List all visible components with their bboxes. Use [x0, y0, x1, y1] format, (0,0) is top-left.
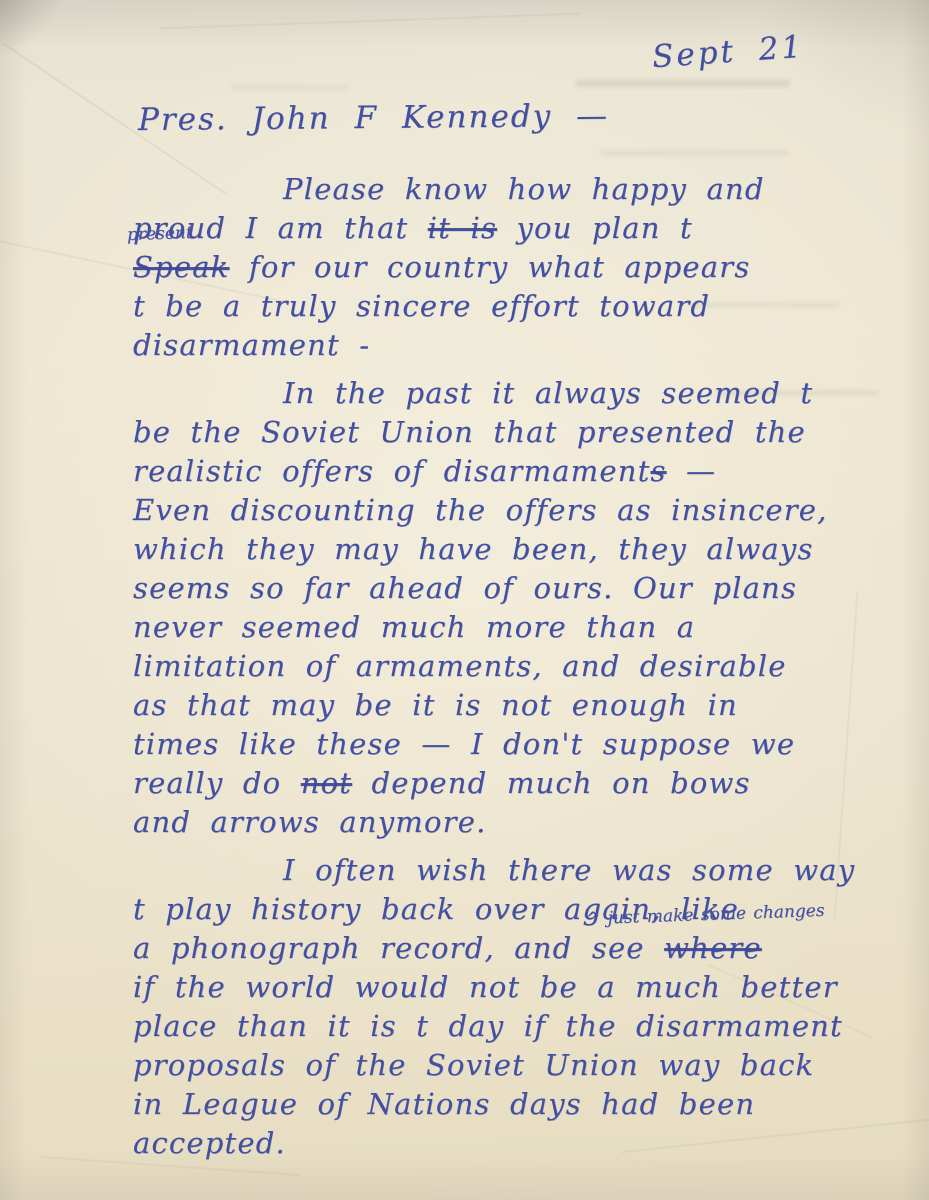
handwritten-text: —	[667, 454, 717, 488]
letter-salutation: Pres. John F Kennedy —	[138, 98, 609, 138]
handwritten-line: really do not depend much on bows	[133, 764, 915, 803]
handwritten-line: proud I am that it is you plan t	[133, 209, 915, 248]
handwritten-line: Please know how happy and	[133, 170, 915, 209]
handwritten-text: disarmament -	[133, 328, 370, 362]
handwritten-line: proposals of the Soviet Union way back	[133, 1046, 915, 1085]
letter-photo: Sept 21 Pres. John F Kennedy — Please kn…	[0, 0, 929, 1200]
handwritten-text: as that may be it is not enough in	[133, 688, 738, 722]
handwritten-line: as that may be it is not enough in	[133, 686, 915, 725]
handwritten-text: realistic offers of disarmament	[133, 454, 650, 488]
handwritten-text: Even discounting the offers as insincere…	[133, 493, 828, 527]
handwritten-text: limitation of armaments, and desirable	[133, 649, 787, 683]
handwritten-text: I often wish there was some way	[283, 853, 855, 887]
handwritten-line: which they may have been, they always	[133, 530, 915, 569]
handwritten-text: if the world would not be a much better	[133, 970, 838, 1004]
handwritten-line: place than it is t day if the disarmamen…	[133, 1007, 915, 1046]
handwritten-line: never seemed much more than a	[133, 608, 915, 647]
struck-text: Speakpresent	[133, 250, 229, 284]
handwritten-text: you plan t	[497, 211, 693, 245]
inserted-text-above: present	[127, 225, 193, 244]
handwritten-line: realistic offers of disarmaments —	[133, 452, 915, 491]
handwritten-text: for our country what appears	[229, 250, 750, 284]
handwritten-text: never seemed much more than a	[133, 610, 695, 644]
struck-text: it is	[428, 211, 497, 245]
handwritten-text: Please know how happy and	[283, 172, 765, 206]
handwritten-text: t be a truly sincere effort toward	[133, 289, 710, 323]
paragraph: Please know how happy andproud I am that…	[133, 170, 915, 365]
handwritten-text: in League of Nations days had been	[133, 1087, 755, 1121]
handwritten-line: be the Soviet Union that presented the	[133, 413, 915, 452]
paragraph: In the past it always seemed tbe the Sov…	[133, 374, 915, 842]
handwritten-line: and arrows anymore.	[133, 803, 915, 842]
handwritten-line: Even discounting the offers as insincere…	[133, 491, 915, 530]
handwritten-line: disarmament -	[133, 326, 915, 365]
handwritten-text: and arrows anymore.	[133, 805, 487, 839]
handwritten-text: place than it is t day if the disarmamen…	[133, 1009, 843, 1043]
handwritten-text: seems so far ahead of ours. Our plans	[133, 571, 797, 605]
handwritten-text: depend much on bows	[352, 766, 751, 800]
letter-body: Please know how happy andproud I am that…	[133, 170, 915, 1172]
handwritten-text: really do	[133, 766, 301, 800]
handwritten-line: in League of Nations days had been	[133, 1085, 915, 1124]
handwritten-line: times like these — I don't suppose we	[133, 725, 915, 764]
handwritten-text: times like these — I don't suppose we	[133, 727, 795, 761]
handwritten-line: I often wish there was some way	[133, 851, 915, 890]
handwritten-text: proposals of the Soviet Union way back	[133, 1048, 814, 1082]
handwritten-line: a phonograph record, and see ^ just make…	[133, 929, 915, 968]
struck-text: where	[664, 931, 762, 965]
struck-text: s	[650, 454, 666, 488]
handwritten-text: a phonograph record, and	[133, 931, 592, 965]
handwritten-text: be the Soviet Union that presented the	[133, 415, 806, 449]
handwritten-text: which they may have been, they always	[133, 532, 814, 566]
handwritten-line: t be a truly sincere effort toward	[133, 287, 915, 326]
paper-sheet: Sept 21 Pres. John F Kennedy — Please kn…	[0, 0, 929, 1200]
handwritten-text: In the past it always seemed t	[283, 376, 813, 410]
pencil-smudge	[600, 150, 790, 156]
pencil-smudge	[575, 80, 790, 87]
struck-text: not	[301, 766, 352, 800]
handwritten-line: In the past it always seemed t	[133, 374, 915, 413]
handwritten-line: Speakpresent for our country what appear…	[133, 248, 915, 287]
handwritten-text: accepted.	[133, 1126, 286, 1160]
paragraph: I often wish there was some wayt play hi…	[133, 851, 915, 1163]
crease-line	[160, 13, 580, 29]
handwritten-line: limitation of armaments, and desirable	[133, 647, 915, 686]
letter-date: Sept 21	[651, 29, 805, 76]
handwritten-line: seems so far ahead of ours. Our plans	[133, 569, 915, 608]
handwritten-line: if the world would not be a much better	[133, 968, 915, 1007]
pencil-smudge	[230, 85, 350, 90]
handwritten-text: see ^ just make some changes	[592, 931, 664, 965]
handwritten-line: accepted.	[133, 1124, 915, 1163]
